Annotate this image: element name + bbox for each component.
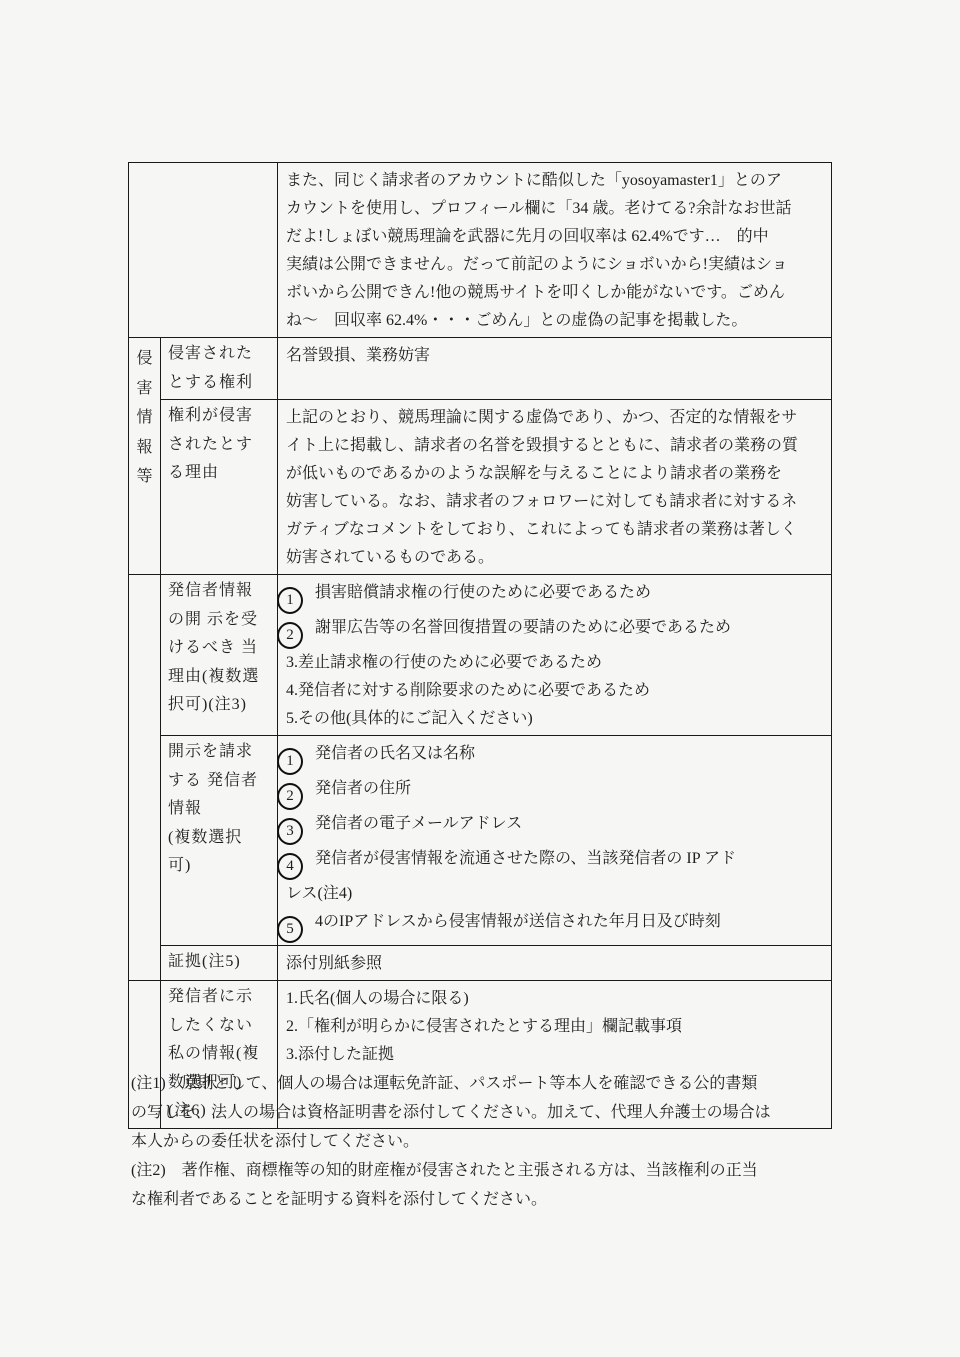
option-text: 損害賠償請求権の行使のために必要であるため — [315, 584, 651, 601]
requested-info-option: 54のIPアドレスから侵害情報が送信された年月日及び時刻 — [286, 908, 823, 943]
option-text: 4のIPアドレスから侵害情報が送信された年月日及び時刻 — [315, 913, 721, 930]
justification-option: 1損害賠償請求権の行使のために必要であるため — [286, 579, 823, 614]
selection-circle-mark: 1 — [278, 587, 304, 614]
selection-circle-mark: 5 — [278, 916, 304, 943]
row-evidence: 証拠(注5) 添付別紙参照 — [129, 946, 832, 981]
justification-option: 2謝罪広告等の名誉回復措置の要請のために必要であるため — [286, 614, 823, 649]
justification-option: 4.発信者に対する削除要求のために必要であるため — [286, 677, 823, 705]
selection-circle-mark: 4 — [278, 853, 304, 880]
cell-continuation-text: また、同じく請求者のアカウントに酷似した「yosoyamaster1」とのア カ… — [278, 163, 832, 338]
option-text: 氏名(個人の場合に限る) — [298, 990, 469, 1007]
cell-justification-label: 発信者情報 の開 示を受 けるべき 当 理由(複数選 択可)(注3) — [161, 575, 278, 736]
footnote-2: (注2) 著作権、商標権等の知的財産権が侵害されたと主張される方は、当該権利の正… — [131, 1156, 832, 1214]
cell-evidence-label: 証拠(注5) — [161, 946, 278, 981]
cell-justification-options: 1損害賠償請求権の行使のために必要であるため2謝罪広告等の名誉回復措置の要請のた… — [278, 575, 832, 736]
requested-info-option: 3発信者の電子メールアドレス — [286, 810, 823, 845]
option-number: 3. — [286, 654, 298, 671]
footnote-1: (注1) 原則として、個人の場合は運転免許証、パスポート等本人を確認できる公的書… — [131, 1069, 832, 1156]
cell-infringement-reason-value: 上記のとおり、競馬理論に関する虚偽であり、かつ、否定的な情報をサ イト上に掲載し… — [278, 400, 832, 575]
cell-continuation-empty-label — [129, 163, 278, 338]
option-text: 「権利が明らかに侵害されたとする理由」欄記載事項 — [298, 1018, 682, 1035]
option-text: 発信者が侵害情報を流通させた際の、当該発信者の IP アド レス(注4) — [286, 850, 736, 902]
withheld-info-option: 3.添付した証拠 — [286, 1041, 823, 1069]
cell-evidence-value: 添付別紙参照 — [278, 946, 832, 981]
row-justification: 発信者情報 の開 示を受 けるべき 当 理由(複数選 択可)(注3) 1損害賠償… — [129, 575, 832, 736]
row-requested-info: 開示を請求 する 発信者 情報 (複数選択 可) 1発信者の氏名又は名称2発信者… — [129, 736, 832, 946]
option-text: その他(具体的にご記入ください) — [298, 710, 533, 727]
cell-section-header-infringement-info: 侵 害 情 報 等 — [129, 338, 161, 575]
cell-requested-info-options: 1発信者の氏名又は名称2発信者の住所3発信者の電子メールアドレス4発信者が侵害情… — [278, 736, 832, 946]
option-text: 発信者の住所 — [315, 780, 411, 797]
cell-infringed-right-label: 侵害された とする権利 — [161, 338, 278, 400]
option-text: 差止請求権の行使のために必要であるため — [298, 654, 602, 671]
row-continuation: また、同じく請求者のアカウントに酷似した「yosoyamaster1」とのア カ… — [129, 163, 832, 338]
selection-circle-mark: 1 — [278, 748, 304, 775]
selection-circle-mark: 3 — [278, 818, 304, 845]
cell-infringement-reason-label: 権利が侵害 されたとす る理由 — [161, 400, 278, 575]
selection-circle-mark: 2 — [278, 622, 304, 649]
option-number: 1. — [286, 990, 298, 1007]
row-infringement-reason: 権利が侵害 されたとす る理由 上記のとおり、競馬理論に関する虚偽であり、かつ、… — [129, 400, 832, 575]
cell-narrow-empty-middle — [129, 575, 161, 981]
selection-circle-mark: 2 — [278, 783, 304, 810]
option-text: 発信者の氏名又は名称 — [315, 745, 475, 762]
option-number: 2. — [286, 1018, 298, 1035]
option-text: 発信者の電子メールアドレス — [315, 815, 522, 832]
requested-info-option: 1発信者の氏名又は名称 — [286, 740, 823, 775]
requested-info-option: 2発信者の住所 — [286, 775, 823, 810]
row-infringed-right: 侵 害 情 報 等 侵害された とする権利 名誉毀損、業務妨害 — [129, 338, 832, 400]
requested-info-option: 4発信者が侵害情報を流通させた際の、当該発信者の IP アド レス(注4) — [286, 845, 823, 908]
option-number: 5. — [286, 710, 298, 727]
cell-infringed-right-value: 名誉毀損、業務妨害 — [278, 338, 832, 400]
cell-requested-info-label: 開示を請求 する 発信者 情報 (複数選択 可) — [161, 736, 278, 946]
withheld-info-option: 1.氏名(個人の場合に限る) — [286, 985, 823, 1013]
option-text: 謝罪広告等の名誉回復措置の要請のために必要であるため — [315, 619, 731, 636]
disclosure-request-table: また、同じく請求者のアカウントに酷似した「yosoyamaster1」とのア カ… — [128, 162, 832, 1129]
option-text: 添付した証拠 — [298, 1046, 394, 1063]
justification-option: 5.その他(具体的にご記入ください) — [286, 705, 823, 733]
footnotes-block: (注1) 原則として、個人の場合は運転免許証、パスポート等本人を確認できる公的書… — [131, 1069, 832, 1214]
option-number: 4. — [286, 682, 298, 699]
option-number: 3. — [286, 1046, 298, 1063]
withheld-info-option: 2.「権利が明らかに侵害されたとする理由」欄記載事項 — [286, 1013, 823, 1041]
option-text: 発信者に対する削除要求のために必要であるため — [298, 682, 650, 699]
justification-option: 3.差止請求権の行使のために必要であるため — [286, 649, 823, 677]
